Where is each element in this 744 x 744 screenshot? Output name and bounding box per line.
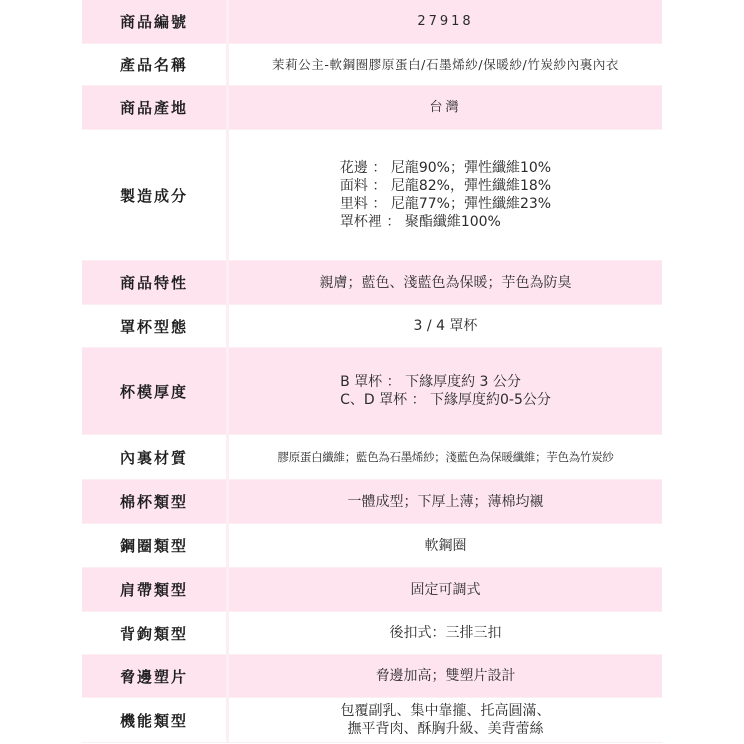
- spec-row-function: 機能類型 包覆副乳、集中靠攏、托高圓滿、 撫平背肉、酥胸升級、美背蕾絲: [82, 698, 662, 742]
- spec-row-cup-thickness: 杯模厚度 B 罩杯 ： 下緣厚度約 3 公分 C、D 罩杯 ： 下緣厚度約0-5…: [82, 348, 662, 434]
- spec-label: 商品產地: [82, 86, 226, 129]
- spec-label: 內裏材質: [82, 435, 226, 479]
- thickness-line: C、D 罩杯 ： 下緣厚度約0-5公分: [340, 391, 551, 409]
- spec-value: 27918: [229, 0, 662, 43]
- spec-label: 鋼圈類型: [82, 524, 226, 567]
- spec-label: 商品特性: [82, 261, 226, 304]
- spec-label: 棉杯類型: [82, 480, 226, 523]
- spec-label: 產品名稱: [82, 44, 226, 85]
- composition-line: 里料 ： 尼龍77%；彈性纖維23%: [340, 195, 551, 213]
- spec-row-strap: 肩帶類型 固定可調式: [82, 568, 662, 611]
- spec-label: 脅邊塑片: [82, 655, 226, 697]
- thickness-line: B 罩杯 ： 下緣厚度約 3 公分: [340, 373, 521, 391]
- spec-row-lining: 內裏材質 膠原蛋白纖維；藍色為石墨烯紗；淺藍色為保暖纖維；芋色為竹炭紗: [82, 435, 662, 479]
- spec-row-side-boning: 脅邊塑片 脅邊加高；雙塑片設計: [82, 655, 662, 697]
- spec-row-origin: 商品產地 台灣: [82, 86, 662, 129]
- function-line: 包覆副乳、集中靠攏、托高圓滿、: [341, 702, 551, 720]
- function-line: 撫平背肉、酥胸升級、美背蕾絲: [348, 720, 544, 738]
- spec-value: B 罩杯 ： 下緣厚度約 3 公分 C、D 罩杯 ： 下緣厚度約0-5公分: [229, 348, 662, 434]
- composition-line: 面料 ： 尼龍82%，彈性纖維18%: [340, 177, 551, 195]
- spec-row-features: 商品特性 親膚；藍色、淺藍色為保暖；芋色為防臭: [82, 261, 662, 304]
- spec-row-padding: 棉杯類型 一體成型；下厚上薄；薄棉均襯: [82, 480, 662, 523]
- spec-row-product-number: 商品編號 27918: [82, 0, 662, 43]
- spec-label: 製造成分: [82, 130, 226, 260]
- spec-value: 固定可調式: [229, 568, 662, 611]
- spec-row-cup-style: 罩杯型態 3 / 4 罩杯: [82, 305, 662, 347]
- spec-value: 後扣式：三排三扣: [229, 612, 662, 654]
- spec-value: 茉莉公主-軟鋼圈膠原蛋白/石墨烯紗/保暖紗/竹炭紗內裏內衣: [229, 44, 662, 85]
- composition-line: 花邊 ： 尼龍90%；彈性纖維10%: [340, 159, 551, 177]
- composition-line: 罩杯裡 ： 聚酯纖維100%: [340, 213, 501, 231]
- spec-label: 肩帶類型: [82, 568, 226, 611]
- spec-row-composition: 製造成分 花邊 ： 尼龍90%；彈性纖維10% 面料 ： 尼龍82%，彈性纖維1…: [82, 130, 662, 260]
- spec-row-hook: 背鉤類型 後扣式：三排三扣: [82, 612, 662, 654]
- spec-value: 膠原蛋白纖維；藍色為石墨烯紗；淺藍色為保暖纖維；芋色為竹炭紗: [229, 435, 662, 479]
- spec-value: 軟鋼圈: [229, 524, 662, 567]
- spec-label: 杯模厚度: [82, 348, 226, 434]
- spec-value: 包覆副乳、集中靠攏、托高圓滿、 撫平背肉、酥胸升級、美背蕾絲: [229, 698, 662, 742]
- spec-row-product-name: 產品名稱 茉莉公主-軟鋼圈膠原蛋白/石墨烯紗/保暖紗/竹炭紗內裏內衣: [82, 44, 662, 85]
- spec-value: 親膚；藍色、淺藍色為保暖；芋色為防臭: [229, 261, 662, 304]
- spec-value: 脅邊加高；雙塑片設計: [229, 655, 662, 697]
- spec-value: 台灣: [229, 86, 662, 129]
- product-spec-table: 商品編號 27918 產品名稱 茉莉公主-軟鋼圈膠原蛋白/石墨烯紗/保暖紗/竹炭…: [82, 0, 662, 743]
- spec-label: 機能類型: [82, 698, 226, 742]
- spec-value: 花邊 ： 尼龍90%；彈性纖維10% 面料 ： 尼龍82%，彈性纖維18% 里料…: [229, 130, 662, 260]
- spec-value: 一體成型；下厚上薄；薄棉均襯: [229, 480, 662, 523]
- spec-row-wire: 鋼圈類型 軟鋼圈: [82, 524, 662, 567]
- spec-value: 3 / 4 罩杯: [229, 305, 662, 347]
- spec-label: 背鉤類型: [82, 612, 226, 654]
- spec-label: 商品編號: [82, 0, 226, 43]
- spec-label: 罩杯型態: [82, 305, 226, 347]
